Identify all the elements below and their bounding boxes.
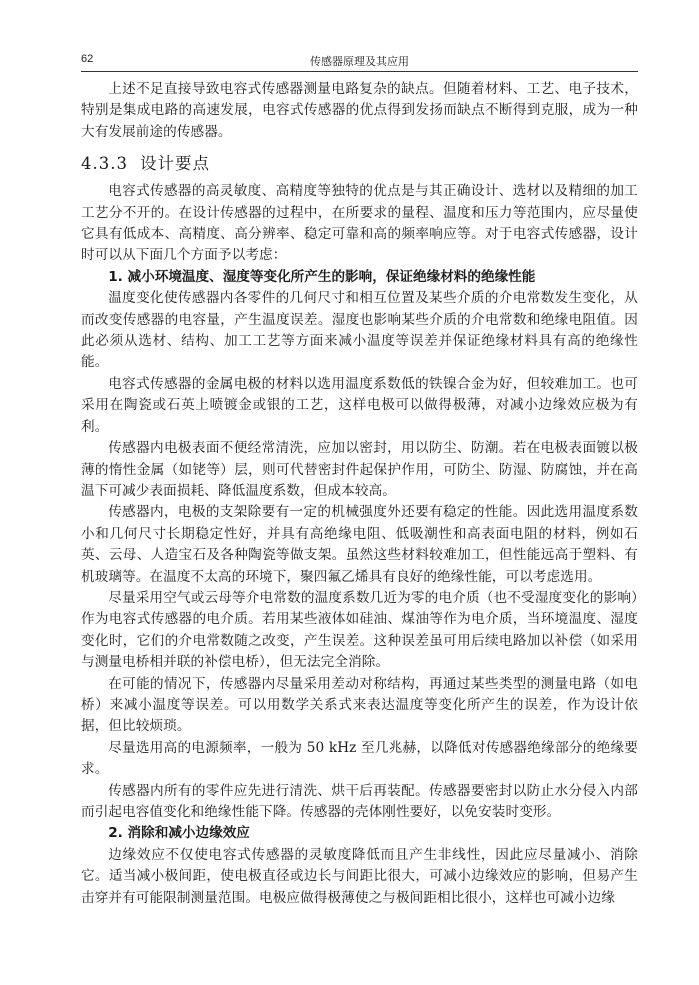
- intro-paragraph: 上述不足直接导致电容式传感器测量电路复杂的缺点。但随着材料、工艺、电子技术，特别…: [81, 79, 638, 143]
- paragraph: 尽量采用空气或云母等介电常数的温度系数几近为零的电介质（也不受湿度变化的影响）作…: [81, 588, 638, 674]
- subsection-heading-1: 1. 减小环境温度、湿度等变化所产生的影响，保证绝缘材料的绝缘性能: [81, 267, 638, 288]
- section-title: 设计要点: [140, 154, 210, 173]
- section-intro-paragraph: 电容式传感器的高灵敏度、高精度等独特的优点是与其正确设计、选材以及精细的加工工艺…: [81, 181, 638, 267]
- paragraph: 电容式传感器的金属电极的材料以选用温度系数低的铁镍合金为好，但较难加工。也可采用…: [81, 374, 638, 438]
- section-heading: 4.3.3设计要点: [81, 151, 638, 177]
- running-title: 传感器原理及其应用: [81, 53, 638, 69]
- section-number: 4.3.3: [81, 154, 128, 173]
- paragraph: 传感器内所有的零件应先进行清洗、烘干后再装配。传感器要密封以防止水分侵入内部而引…: [81, 781, 638, 824]
- page-header: 62 传感器原理及其应用: [81, 50, 638, 72]
- paragraph: 在可能的情况下，传感器内尽量采用差动对称结构，再通过某些类型的测量电路（如电桥）…: [81, 674, 638, 738]
- paragraph: 尽量选用高的电源频率，一般为 50 kHz 至几兆赫，以降低对传感器绝缘部分的绝…: [81, 738, 638, 781]
- paragraph: 传感器内电极表面不便经常清洗，应加以密封，用以防尘、防潮。若在电极表面镀以极薄的…: [81, 438, 638, 502]
- paragraph: 传感器内，电极的支架除要有一定的机械强度外还要有稳定的性能。因此选用温度系数小和…: [81, 502, 638, 588]
- paragraph: 温度变化使传感器内各零件的几何尺寸和相互位置及某些介质的介电常数发生变化，从而改…: [81, 288, 638, 374]
- subsection-heading-2: 2. 消除和减小边缘效应: [81, 823, 638, 844]
- paragraph: 边缘效应不仅使电容式传感器的灵敏度降低而且产生非线性，因此应尽量减小、消除它。适…: [81, 845, 638, 909]
- page-body: 上述不足直接导致电容式传感器测量电路复杂的缺点。但随着材料、工艺、电子技术，特别…: [81, 79, 638, 909]
